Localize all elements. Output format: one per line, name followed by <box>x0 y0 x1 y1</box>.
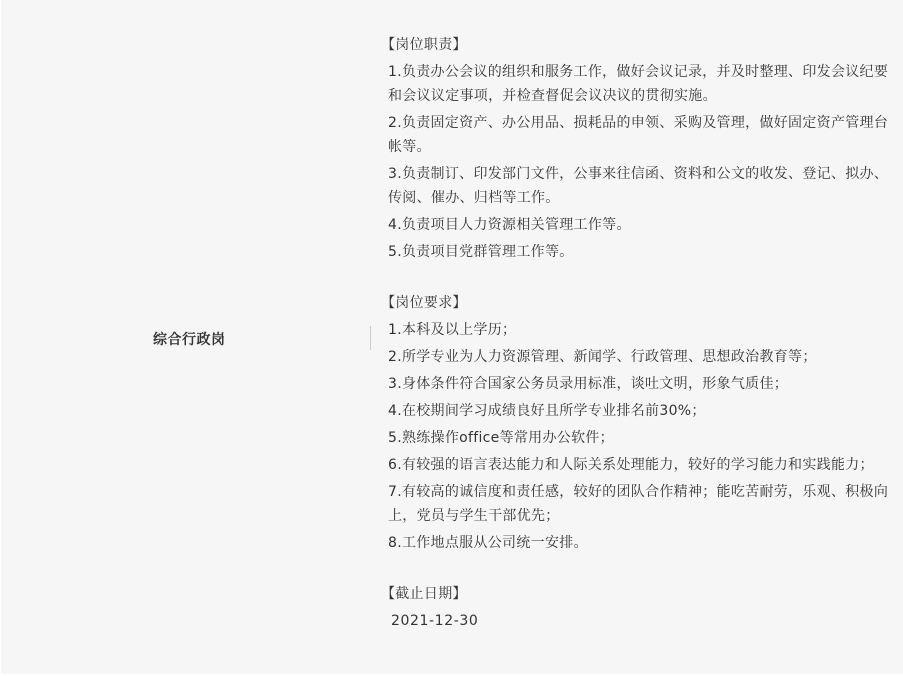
requirement-item: 1.本科及以上学历； <box>388 318 898 342</box>
requirement-item: 8.工作地点服从公司统一安排。 <box>388 531 898 555</box>
requirement-item: 7.有较高的诚信度和责任感，较好的团队合作精神；能吃苦耐劳，乐观、积极向上，党员… <box>388 480 898 528</box>
requirement-item: 6.有较强的语言表达能力和人际关系处理能力，较好的学习能力和实践能力； <box>388 453 898 477</box>
requirements-section: 【岗位要求】 1.本科及以上学历； 2.所学专业为人力资源管理、新闻学、行政管理… <box>388 291 898 555</box>
section-spacer <box>388 558 898 582</box>
requirement-item: 5.熟练操作office等常用办公软件； <box>388 426 898 450</box>
deadline-heading: 【截止日期】 <box>381 582 898 606</box>
requirement-item: 4.在校期间学习成绩良好且所学专业排名前30%； <box>388 399 898 423</box>
requirement-item: 3.身体条件符合国家公务员录用标准，谈吐文明，形象气质佳； <box>388 372 898 396</box>
job-title: 综合行政岗 <box>153 330 226 350</box>
deadline-date: 2021-12-30 <box>391 609 898 633</box>
deadline-section: 【截止日期】 2021-12-30 <box>388 582 898 633</box>
duty-item: 1.负责办公会议的组织和服务工作，做好会议记录，并及时整理、印发会议纪要和会议议… <box>388 60 898 108</box>
column-divider <box>370 326 371 350</box>
duty-item: 2.负责固定资产、办公用品、损耗品的申领、采购及管理，做好固定资产管理台帐等。 <box>388 111 898 159</box>
duties-section: 【岗位职责】 1.负责办公会议的组织和服务工作，做好会议记录，并及时整理、印发会… <box>388 33 898 264</box>
duty-item: 3.负责制订、印发部门文件，公事来往信函、资料和公文的收发、登记、拟办、传阅、催… <box>388 162 898 210</box>
job-details: 【岗位职责】 1.负责办公会议的组织和服务工作，做好会议记录，并及时整理、印发会… <box>388 33 898 633</box>
job-posting-panel: 综合行政岗 【岗位职责】 1.负责办公会议的组织和服务工作，做好会议记录，并及时… <box>1 0 903 674</box>
duty-item: 4.负责项目人力资源相关管理工作等。 <box>388 213 898 237</box>
duty-item: 5.负责项目党群管理工作等。 <box>388 240 898 264</box>
duties-heading: 【岗位职责】 <box>381 33 898 57</box>
section-spacer <box>388 267 898 291</box>
requirements-heading: 【岗位要求】 <box>381 291 898 315</box>
requirement-item: 2.所学专业为人力资源管理、新闻学、行政管理、思想政治教育等； <box>388 345 898 369</box>
